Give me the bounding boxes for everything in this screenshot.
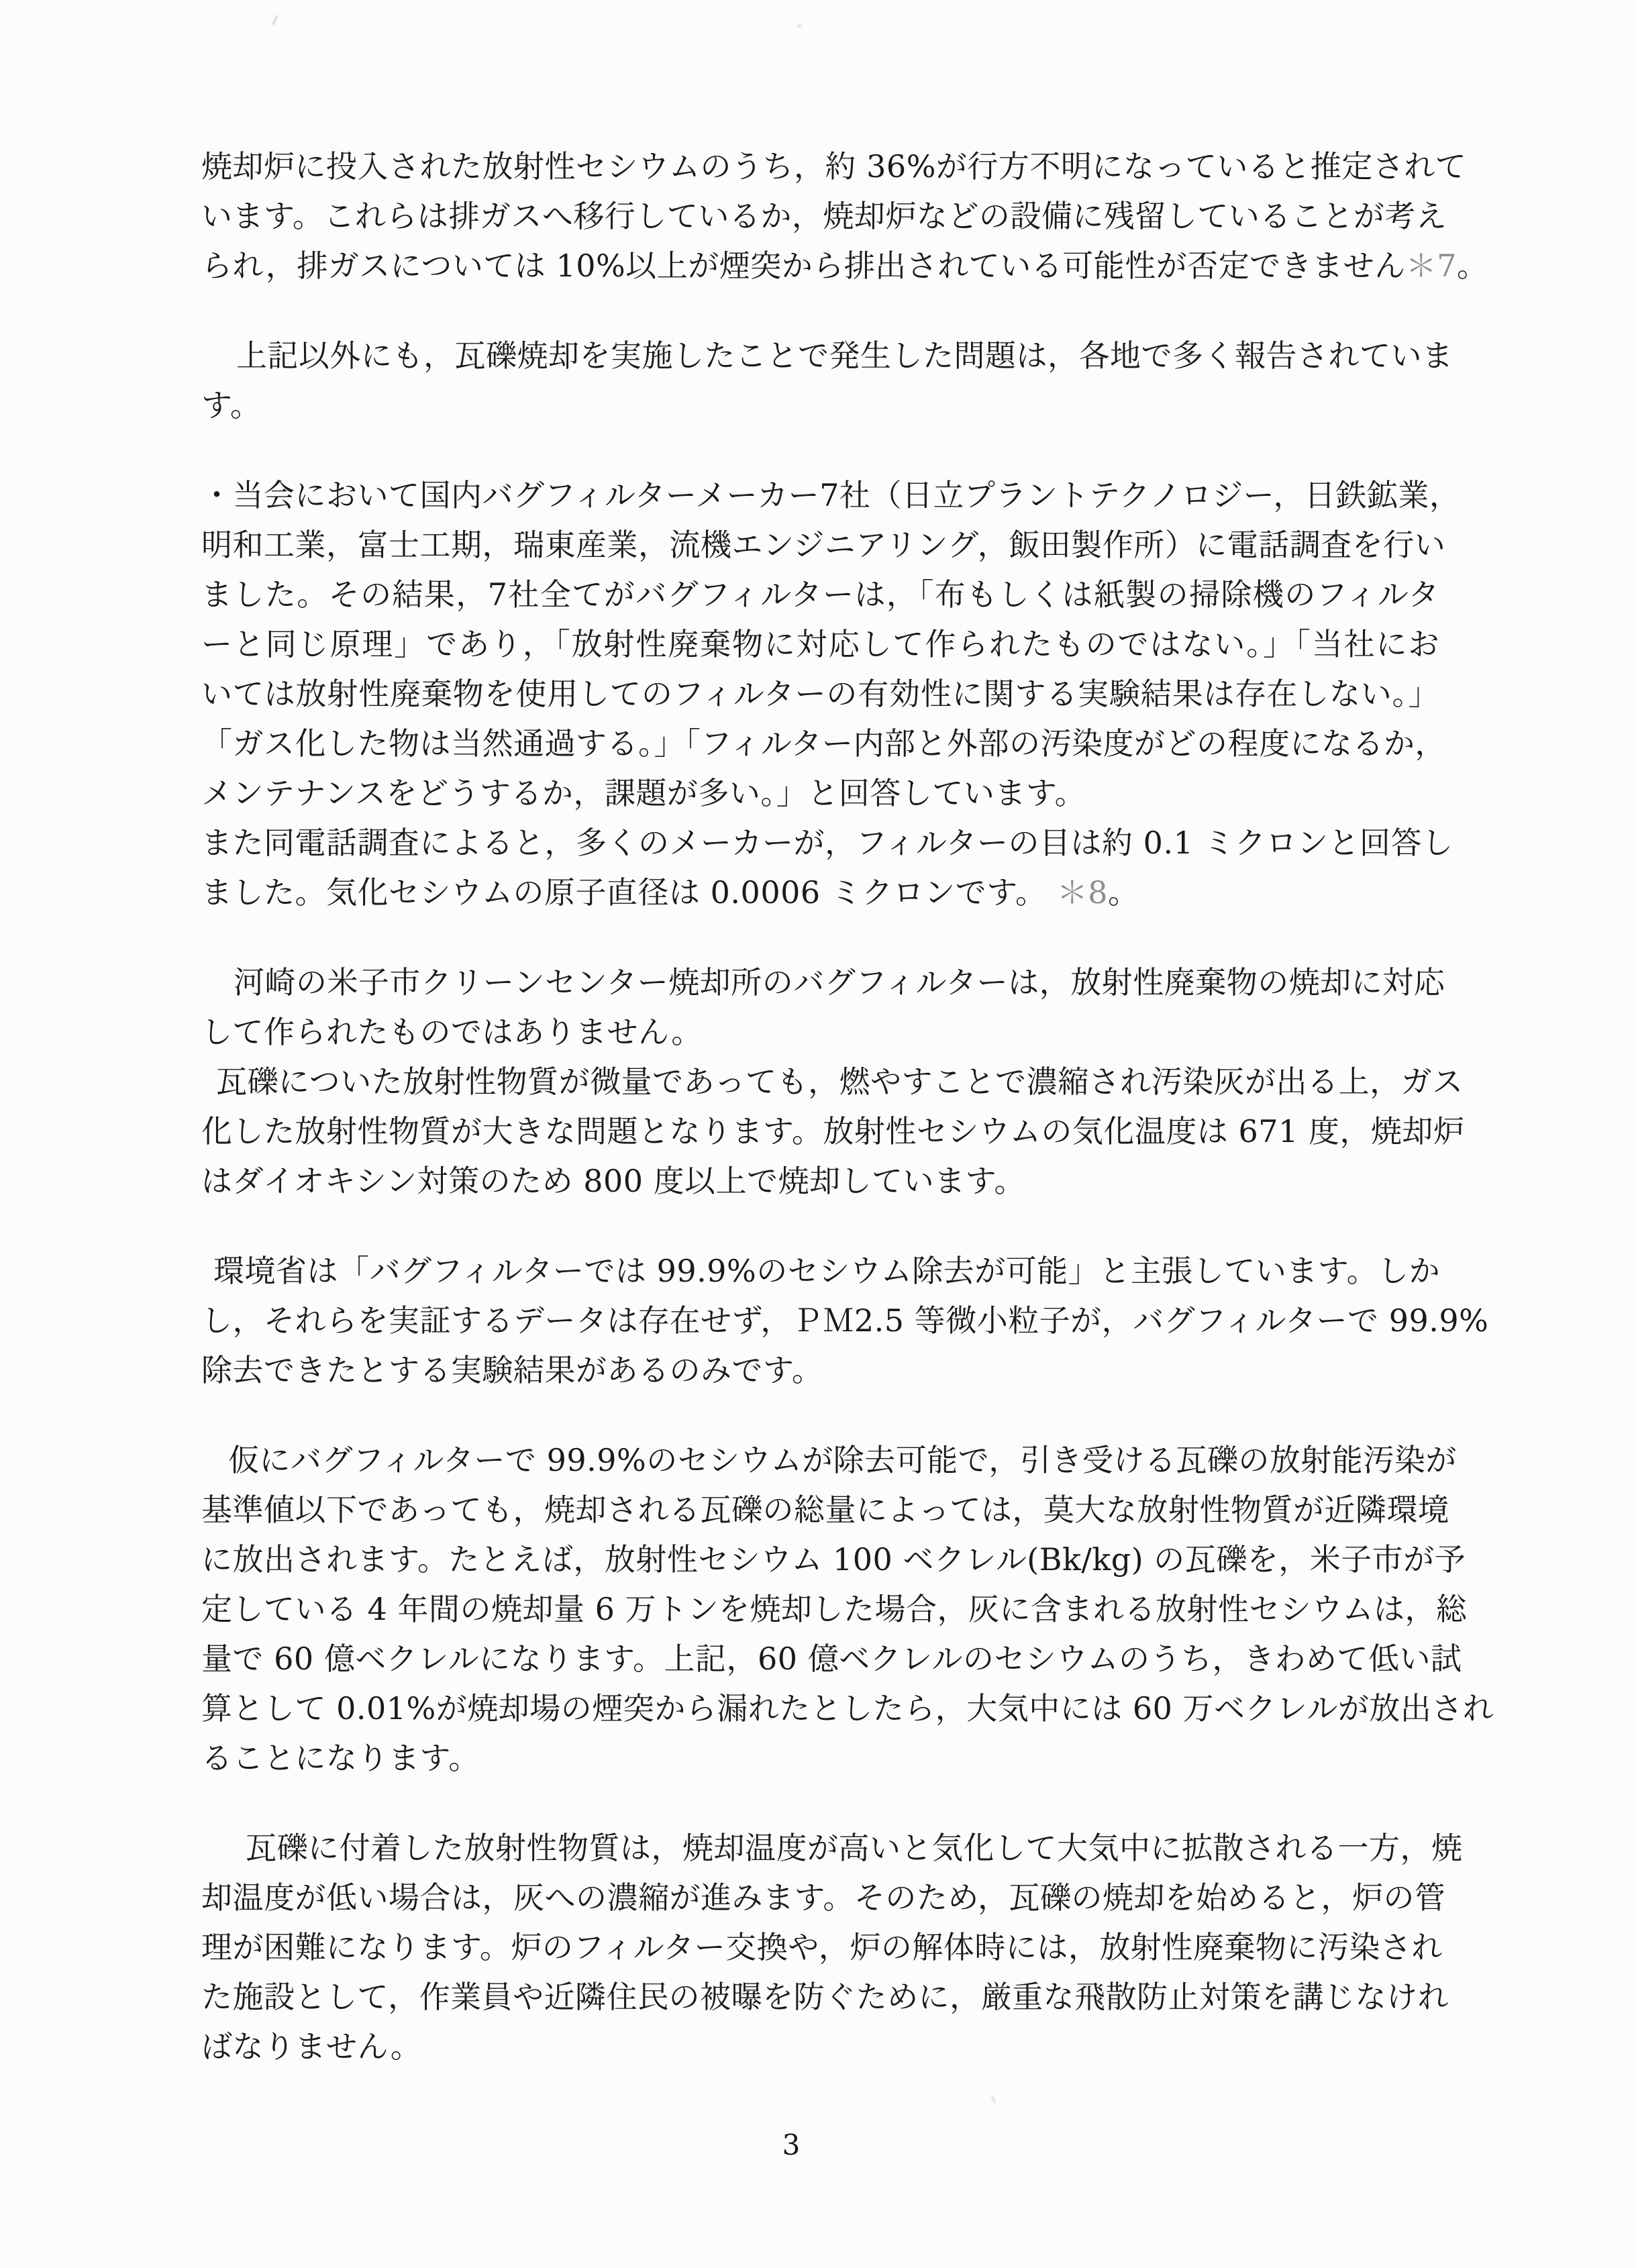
paragraph: 河崎の米子市クリーンセンター焼却所のバグフィルターは，放射性廃棄物の焼却に対応し… [201,958,1439,1206]
text-line: 定している 4 年間の焼却量 6 万トンを焼却した場合，灰に含まれる放射性セシウ… [201,1584,1439,1634]
document-body: 焼却炉に投入された放射性セシウムのうち，約 36%が行方不明になっていると推定さ… [201,142,1439,2071]
text-line: 化した放射性物質が大きな問題となります。放射性セシウムの気化温度は 671 度，… [201,1106,1439,1156]
scan-artifact [797,24,802,28]
text-line: た施設として，作業員や近隣住民の被曝を防ぐために，厳重な飛散防止対策を講じなけれ [201,1972,1439,2022]
text-line: して作られたものではありません。 [201,1007,1439,1057]
paragraph: 焼却炉に投入された放射性セシウムのうち，約 36%が行方不明になっていると推定さ… [201,142,1439,291]
text-segment: 基準値以下であっても，焼却される瓦礫の総量によっては，莫大な放射性物質が近隣環境 [201,1492,1449,1528]
text-line: 却温度が低い場合は，灰への濃縮が進みます。そのため，瓦礫の焼却を始めると，炉の管 [201,1873,1439,1922]
text-segment: に放出されます。たとえば，放射性セシウム 100 ベクレル(Bk/kg) の瓦礫… [201,1541,1466,1578]
text-line: 上記以外にも，瓦礫焼却を実施したことで発生した問題は，各地で多く報告されていま [201,331,1439,380]
text-segment: ばなりません。 [201,2028,421,2065]
text-line: に放出されます。たとえば，放射性セシウム 100 ベクレル(Bk/kg) の瓦礫… [201,1535,1439,1584]
text-segment: 定している 4 年間の焼却量 6 万トンを焼却した場合，灰に含まれる放射性セシウ… [201,1591,1468,1627]
text-line: 仮にバグフィルターで 99.9%のセシウムが除去可能で，引き受ける瓦礫の放射能汚… [201,1435,1439,1485]
text-line: ーと同じ原理」であり，「放射性廃棄物に対応して作られたものではない。」「当社にお [201,619,1439,669]
text-line: 「ガス化した物は当然通過する。」「フィルター内部と外部の汚染度がどの程度になるか… [201,719,1439,768]
text-line: 焼却炉に投入された放射性セシウムのうち，約 36%が行方不明になっていると推定さ… [201,142,1439,191]
text-segment: 。 [1108,874,1139,911]
text-segment: ました。その結果，7社全てがバグフィルターは，「布もしくは紙製の掃除機のフィルタ [201,576,1439,613]
text-line: います。これらは排ガスへ移行しているか，焼却炉などの設備に残留していることが考え [201,191,1439,241]
paragraph: ・当会において国内バグフィルターメーカー7社（日立プラントテクノロジー，日鉄鉱業… [201,470,1439,917]
text-segment: 上記以外にも，瓦礫焼却を実施したことで発生した問題は，各地で多く報告されていま [236,338,1453,374]
text-segment: して作られたものではありません。 [201,1014,703,1050]
paragraph: 上記以外にも，瓦礫焼却を実施したことで発生した問題は，各地で多く報告されています… [201,331,1439,430]
text-segment: 河崎の米子市クリーンセンター焼却所のバグフィルターは，放射性廃棄物の焼却に対応 [234,964,1445,1000]
text-line: ・当会において国内バグフィルターメーカー7社（日立プラントテクノロジー，日鉄鉱業… [201,470,1439,520]
text-line: し，それらを実証するデータは存在せず，ＰＭ2.5 等微小粒子が，バグフィルターで… [201,1296,1439,1345]
text-segment: います。これらは排ガスへ移行しているか，焼却炉などの設備に残留していることが考え [201,198,1447,234]
text-line: また同電話調査によると，多くのメーカーが，フィルターの目は約 0.1 ミクロンと… [201,818,1439,868]
text-line: 瓦礫に付着した放射性物質は，焼却温度が高いと気化して大気中に拡散される一方，焼 [201,1823,1439,1873]
text-segment: た施設として，作業員や近隣住民の被曝を防ぐために，厳重な飛散防止対策を講じなけれ [201,1979,1449,2015]
text-segment: 。 [1457,248,1488,284]
text-line: 環境省は「バグフィルターでは 99.9%のセシウム除去が可能」と主張しています。… [201,1246,1439,1296]
text-line: す。 [201,380,1439,430]
text-segment: ることになります。 [201,1740,480,1776]
scanned-document-page: 焼却炉に投入された放射性セシウムのうち，約 36%が行方不明になっていると推定さ… [0,0,1636,2268]
text-line: 基準値以下であっても，焼却される瓦礫の総量によっては，莫大な放射性物質が近隣環境 [201,1485,1439,1535]
page-number: 3 [0,2128,1609,2162]
text-segment: また同電話調査によると，多くのメーカーが，フィルターの目は約 0.1 ミクロンと… [201,825,1453,861]
text-line: はダイオキシン対策のため 800 度以上で焼却しています。 [201,1156,1439,1206]
text-segment: 瓦礫に付着した放射性物質は，焼却温度が高いと気化して大気中に拡散される一方，焼 [246,1830,1463,1866]
text-line: 瓦礫についた放射性物質が微量であっても，燃やすことで濃縮され汚染灰が出る上，ガス [201,1057,1439,1106]
text-segment: す。 [201,387,261,423]
text-segment: 明和工業，富士工期，瑞東産業，流機エンジニアリング，飯田製作所）に電話調査を行い [201,527,1445,563]
text-segment: し，それらを実証するデータは存在せず，ＰＭ2.5 等微小粒子が，バグフィルターで… [201,1302,1488,1339]
text-segment: 瓦礫についた放射性物質が微量であっても，燃やすことで濃縮され汚染灰が出る上，ガス [216,1064,1464,1100]
text-line: 河崎の米子市クリーンセンター焼却所のバグフィルターは，放射性廃棄物の焼却に対応 [201,958,1439,1007]
paragraph: 瓦礫に付着した放射性物質は，焼却温度が高いと気化して大気中に拡散される一方，焼却… [201,1823,1439,2071]
text-segment: ました。気化セシウムの原子直径は 0.0006 ミクロンです。 [201,874,1057,911]
text-segment: 「ガス化した物は当然通過する。」「フィルター内部と外部の汚染度がどの程度になるか… [201,725,1446,762]
text-line: ました。気化セシウムの原子直径は 0.0006 ミクロンです。 ＊8。 [201,868,1439,917]
text-segment: られ，排ガスについては 10%以上が煙突から排出されている可能性が否定できません [201,248,1406,284]
text-segment: ーと同じ原理」であり，「放射性廃棄物に対応して作られたものではない。」「当社にお [201,626,1439,662]
text-segment: 環境省は「バグフィルターでは 99.9%のセシウム除去が可能」と主張しています。… [213,1253,1440,1289]
text-segment: 却温度が低い場合は，灰への濃縮が進みます。そのため，瓦礫の焼却を始めると，炉の管 [201,1879,1445,1916]
text-segment: 除去できたとする実験結果があるのみです。 [201,1352,823,1388]
scan-artifact [272,15,278,25]
text-line: メンテナンスをどうするか，課題が多い。」と回答しています。 [201,768,1439,818]
footnote-marker: ＊7 [1406,248,1457,284]
text-segment: 算として 0.01%が焼却場の煙突から漏れたとしたら，大気中には 60 万ベクレ… [201,1690,1494,1726]
text-segment: 焼却炉に投入された放射性セシウムのうち，約 36%が行方不明になっていると推定さ… [201,148,1466,185]
text-line: 算として 0.01%が焼却場の煙突から漏れたとしたら，大気中には 60 万ベクレ… [201,1684,1439,1733]
text-line: ました。その結果，7社全てがバグフィルターは，「布もしくは紙製の掃除機のフィルタ [201,570,1439,619]
text-line: 明和工業，富士工期，瑞東産業，流機エンジニアリング，飯田製作所）に電話調査を行い [201,520,1439,570]
text-line: られ，排ガスについては 10%以上が煙突から排出されている可能性が否定できません… [201,241,1439,291]
text-line: 理が困難になります。炉のフィルター交換や，炉の解体時には，放射性廃棄物に汚染され [201,1922,1439,1972]
text-segment: 理が困難になります。炉のフィルター交換や，炉の解体時には，放射性廃棄物に汚染され [201,1929,1443,1965]
text-segment: ・当会において国内バグフィルターメーカー7社（日立プラントテクノロジー，日鉄鉱業… [201,477,1460,513]
paragraph: 仮にバグフィルターで 99.9%のセシウムが除去可能で，引き受ける瓦礫の放射能汚… [201,1435,1439,1783]
paragraph: 環境省は「バグフィルターでは 99.9%のセシウム除去が可能」と主張しています。… [201,1246,1439,1395]
text-line: 量で 60 億ベクレルになります。上記，60 億ベクレルのセシウムのうち，きわめ… [201,1634,1439,1684]
text-segment: 仮にバグフィルターで 99.9%のセシウムが除去可能で，引き受ける瓦礫の放射能汚… [228,1442,1457,1478]
scan-artifact [990,2096,996,2103]
text-line: いては放射性廃棄物を使用してのフィルターの有効性に関する実験結果は存在しない。」 [201,669,1439,719]
text-segment: メンテナンスをどうするか，課題が多い。」と回答しています。 [201,775,1086,811]
text-line: 除去できたとする実験結果があるのみです。 [201,1345,1439,1395]
text-line: ばなりません。 [201,2022,1439,2071]
text-line: ることになります。 [201,1733,1439,1783]
footnote-marker: ＊8 [1057,874,1108,911]
text-segment: はダイオキシン対策のため 800 度以上で焼却しています。 [201,1163,1025,1199]
text-segment: 化した放射性物質が大きな問題となります。放射性セシウムの気化温度は 671 度，… [201,1113,1464,1149]
text-segment: 量で 60 億ベクレルになります。上記，60 億ベクレルのセシウムのうち，きわめ… [201,1641,1462,1677]
text-segment: いては放射性廃棄物を使用してのフィルターの有効性に関する実験結果は存在しない。」 [201,676,1439,712]
